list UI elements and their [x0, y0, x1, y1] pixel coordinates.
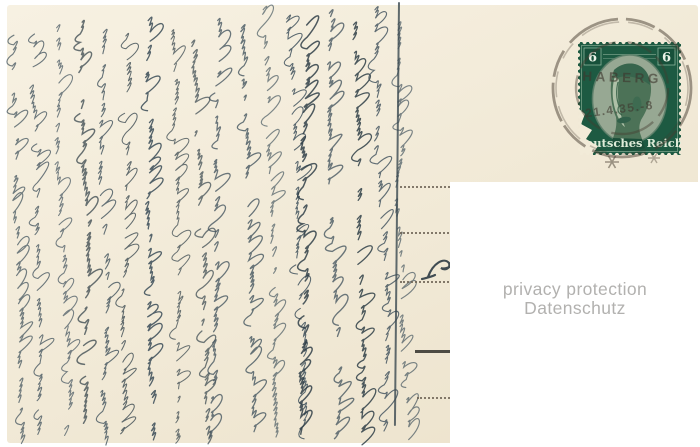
handwriting-line	[324, 10, 353, 439]
handwriting-line	[352, 22, 376, 445]
address-line	[417, 397, 450, 399]
handwriting-line	[237, 25, 266, 432]
handwriting-line	[167, 30, 191, 444]
privacy-text-de: Datenschutz	[450, 299, 700, 318]
handwriting-line	[116, 33, 139, 433]
privacy-overlay: privacy protection Datenschutz	[450, 182, 700, 447]
handwriting-line	[55, 25, 80, 436]
address-line	[400, 186, 450, 188]
postmark-town-text: HABERG	[582, 69, 662, 87]
address-line	[415, 350, 452, 353]
handwriting-line	[7, 35, 33, 443]
postmark-date-text: 21.4.35.-8	[584, 98, 654, 120]
handwriting-line	[96, 29, 120, 445]
postcard-back-scan: 6 6 Deutsches Reich HABERG 21.4.35.-8 pr…	[0, 0, 700, 447]
address-line	[400, 232, 452, 234]
handwriting-line	[29, 34, 54, 434]
postmark: HABERG 21.4.35.-8	[540, 10, 700, 170]
handwriting-line	[257, 5, 285, 437]
privacy-text-en: privacy protection	[450, 280, 700, 299]
postmark-star	[648, 153, 660, 163]
postmark-inner-ring	[576, 42, 668, 134]
handwriting-line	[141, 17, 163, 440]
postmark-outer-ring	[553, 19, 691, 157]
